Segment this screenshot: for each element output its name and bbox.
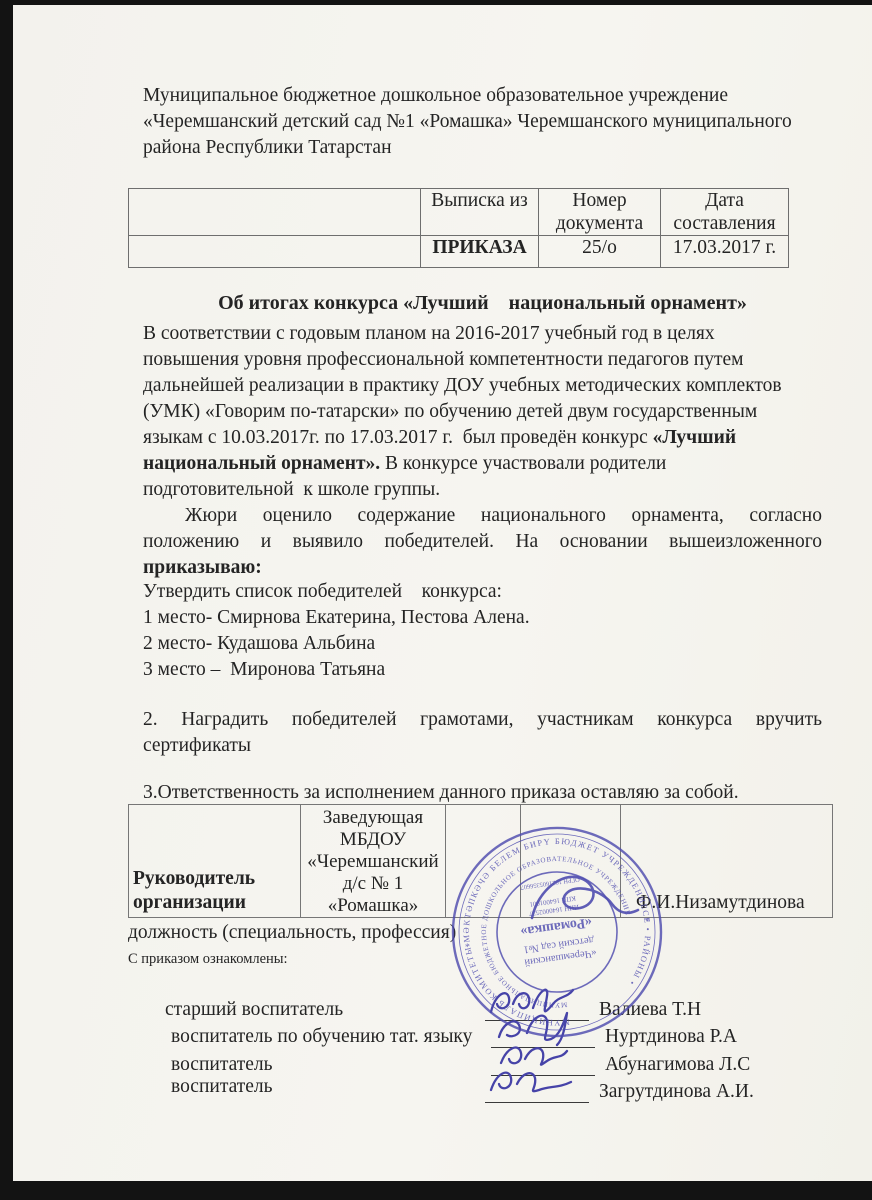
list-item: 2 место- Кудашова Альбина bbox=[143, 631, 822, 657]
header-line: района Республики Татарстан bbox=[143, 135, 855, 161]
date-value-cell: 17.03.2017 г. bbox=[661, 236, 789, 268]
staff-role: воспитатель bbox=[165, 1054, 491, 1076]
body-line: положению и выявило победителей. На осно… bbox=[143, 529, 822, 555]
empty-cell bbox=[129, 236, 421, 268]
signature-line bbox=[485, 1080, 589, 1103]
position-cell: Заведующая МБДОУ «Черемшанский д/с № 1 «… bbox=[301, 805, 446, 918]
scanned-order-document: { "colors": { "paper": "#f5f4ef", "backd… bbox=[0, 0, 872, 1200]
organization-header: Муниципальное бюджетное дошкольное образ… bbox=[143, 83, 855, 161]
staff-name: Загрутдинова А.И. bbox=[599, 1081, 754, 1103]
paragraph-intro: В соответствии с годовым планом на 2016-… bbox=[143, 321, 822, 503]
head-title-cell: Руководитель организации bbox=[129, 805, 301, 918]
director-handwritten-signature bbox=[518, 860, 648, 940]
body-line: национальный орнамент». В конкурсе участ… bbox=[143, 451, 822, 477]
staff-role: воспитатель bbox=[171, 1076, 273, 1098]
order-word-cell: ПРИКАЗА bbox=[421, 236, 539, 268]
body-line: (УМК) «Говорим по-татарски» по обучению … bbox=[143, 399, 822, 425]
date-header-cell: Дата составления bbox=[661, 189, 789, 236]
body-line: сертификаты bbox=[143, 733, 822, 759]
staff-name: Абунагимова Л.С bbox=[605, 1054, 750, 1076]
body-line: 3.Ответственность за исполнением данного… bbox=[143, 780, 822, 806]
body-line: повышения уровня профессиональной компет… bbox=[143, 347, 822, 373]
acknowledged-label: С приказом ознакомлены: bbox=[128, 951, 288, 968]
document-title: Об итогах конкурса «Лучший национальный … bbox=[143, 292, 822, 315]
paragraph-jury: Жюри оценило содержание национального ор… bbox=[143, 503, 822, 581]
list-item: Утвердить список победителей конкурса: bbox=[143, 579, 822, 605]
header-line: Муниципальное бюджетное дошкольное образ… bbox=[143, 83, 855, 109]
body-line: языкам с 10.03.2017г. по 17.03.2017 г. б… bbox=[143, 425, 822, 451]
header-line: «Черемшанский детский сад №1 «Ромашка» Ч… bbox=[143, 109, 855, 135]
paper-sheet: Муниципальное бюджетное дошкольное образ… bbox=[13, 5, 872, 1181]
staff-role: старший воспитатель bbox=[165, 999, 485, 1021]
body-line: Жюри оценило содержание национального ор… bbox=[143, 503, 822, 529]
handwritten-signature bbox=[487, 1064, 579, 1104]
body-line: 2. Наградить победителей грамотами, учас… bbox=[143, 707, 822, 733]
extract-label-cell: Выписка из bbox=[421, 189, 539, 236]
order-extract-table: Выписка из Номер документа Дата составле… bbox=[128, 188, 789, 268]
list-item: 1 место- Смирнова Екатерина, Пестова Але… bbox=[143, 605, 822, 631]
empty-cell bbox=[129, 189, 421, 236]
position-note: должность (специальность, профессия) bbox=[128, 922, 456, 944]
number-value-cell: 25/о bbox=[539, 236, 661, 268]
body-line: приказываю: bbox=[143, 555, 822, 581]
winners-list: Утвердить список победителей конкурса: 1… bbox=[143, 579, 822, 683]
list-item: 3 место – Миронова Татьяна bbox=[143, 657, 822, 683]
number-header-cell: Номер документа bbox=[539, 189, 661, 236]
paragraph-responsibility: 3.Ответственность за исполнением данного… bbox=[143, 780, 822, 806]
body-line: дальнейшей реализации в практику ДОУ уче… bbox=[143, 373, 822, 399]
body-line: В соответствии с годовым планом на 2016-… bbox=[143, 321, 822, 347]
body-line: подготовительной к школе группы. bbox=[143, 477, 822, 503]
paragraph-awards: 2. Наградить победителей грамотами, учас… bbox=[143, 707, 822, 759]
